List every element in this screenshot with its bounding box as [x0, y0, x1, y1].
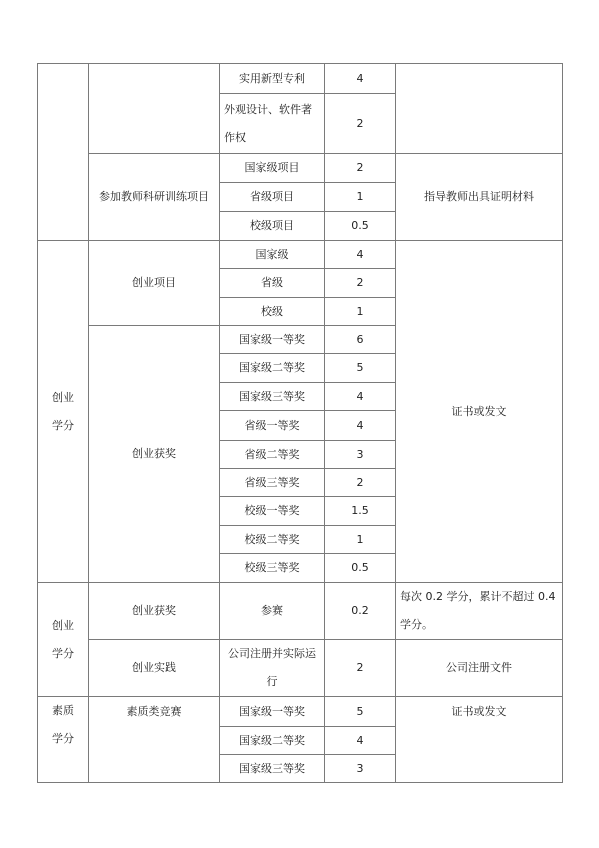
credit-cell: 5 [325, 697, 396, 727]
category-cell-continued [89, 64, 220, 154]
credit-cell: 4 [325, 727, 396, 755]
item-cell: 校级二等奖 [220, 526, 325, 554]
group-cell-entrepreneurship: 创业 学分 [38, 241, 89, 583]
credit-cell: 0.2 [325, 583, 396, 640]
item-cell: 外观设计、软件著作权 [220, 94, 325, 154]
category-cell: 创业获奖 [89, 583, 220, 640]
credit-cell: 1 [325, 298, 396, 326]
group-cell-continued [38, 64, 89, 241]
category-cell: 参加教师科研训练项目 [89, 154, 220, 241]
evidence-cell: 公司注册文件 [396, 640, 563, 697]
credit-table: 实用新型专利 4 外观设计、软件著作权 2 参加教师科研训练项目 国家级项目 2… [37, 63, 563, 783]
credit-cell: 4 [325, 64, 396, 94]
credit-cell: 2 [325, 469, 396, 497]
credit-cell: 3 [325, 755, 396, 783]
group-label-line1: 素质 [42, 697, 84, 725]
group-label-line2: 学分 [42, 725, 84, 753]
credit-cell: 3 [325, 441, 396, 469]
item-cell: 省级一等奖 [220, 411, 325, 441]
item-cell: 国家级一等奖 [220, 326, 325, 354]
credit-cell: 2 [325, 154, 396, 183]
table-row: 创业 学分 创业获奖 参赛 0.2 每次 0.2 学分，累计不超过 0.4 学分… [38, 583, 563, 640]
item-cell: 校级一等奖 [220, 497, 325, 526]
evidence-cell-continued [396, 64, 563, 154]
item-cell: 国家级三等奖 [220, 383, 325, 411]
item-cell: 校级三等奖 [220, 554, 325, 583]
table-row: 素质 学分 素质类竞赛 国家级一等奖 5 证书或发文 [38, 697, 563, 727]
item-cell: 国家级一等奖 [220, 697, 325, 727]
evidence-cell: 证书或发文 [396, 697, 563, 783]
item-cell: 校级项目 [220, 212, 325, 241]
item-cell: 省级三等奖 [220, 469, 325, 497]
group-label-line2: 学分 [42, 640, 84, 668]
evidence-cell: 证书或发文 [396, 241, 563, 583]
category-cell: 创业获奖 [89, 326, 220, 583]
credit-cell: 1 [325, 526, 396, 554]
credit-cell: 2 [325, 269, 396, 298]
table-row: 创业实践 公司注册并实际运行 2 公司注册文件 [38, 640, 563, 697]
item-cell: 校级 [220, 298, 325, 326]
item-cell: 国家级二等奖 [220, 727, 325, 755]
item-cell: 省级项目 [220, 183, 325, 212]
credit-cell: 1 [325, 183, 396, 212]
credit-cell: 4 [325, 411, 396, 441]
evidence-cell: 指导教师出具证明材料 [396, 154, 563, 241]
credit-cell: 2 [325, 94, 396, 154]
credit-cell: 0.5 [325, 212, 396, 241]
item-cell: 国家级 [220, 241, 325, 269]
category-cell: 素质类竞赛 [89, 697, 220, 783]
table-row: 创业 学分 创业项目 国家级 4 证书或发文 [38, 241, 563, 269]
group-cell-quality: 素质 学分 [38, 697, 89, 783]
category-cell: 创业项目 [89, 241, 220, 326]
group-label-line1: 创业 [42, 384, 84, 412]
group-label-line1: 创业 [42, 612, 84, 640]
credit-cell: 0.5 [325, 554, 396, 583]
item-cell: 省级 [220, 269, 325, 298]
table-row: 参加教师科研训练项目 国家级项目 2 指导教师出具证明材料 [38, 154, 563, 183]
table-row: 实用新型专利 4 [38, 64, 563, 94]
item-cell: 国家级三等奖 [220, 755, 325, 783]
item-cell: 参赛 [220, 583, 325, 640]
credit-cell: 2 [325, 640, 396, 697]
credit-cell: 6 [325, 326, 396, 354]
item-cell: 国家级二等奖 [220, 354, 325, 383]
group-cell-entrepreneurship-2: 创业 学分 [38, 583, 89, 697]
credit-cell: 5 [325, 354, 396, 383]
credit-cell: 4 [325, 383, 396, 411]
item-cell: 实用新型专利 [220, 64, 325, 94]
group-label-line2: 学分 [42, 412, 84, 440]
credit-cell: 1.5 [325, 497, 396, 526]
item-cell: 公司注册并实际运行 [220, 640, 325, 697]
evidence-cell: 每次 0.2 学分，累计不超过 0.4 学分。 [396, 583, 563, 640]
credit-cell: 4 [325, 241, 396, 269]
item-cell: 省级二等奖 [220, 441, 325, 469]
item-cell: 国家级项目 [220, 154, 325, 183]
category-cell: 创业实践 [89, 640, 220, 697]
